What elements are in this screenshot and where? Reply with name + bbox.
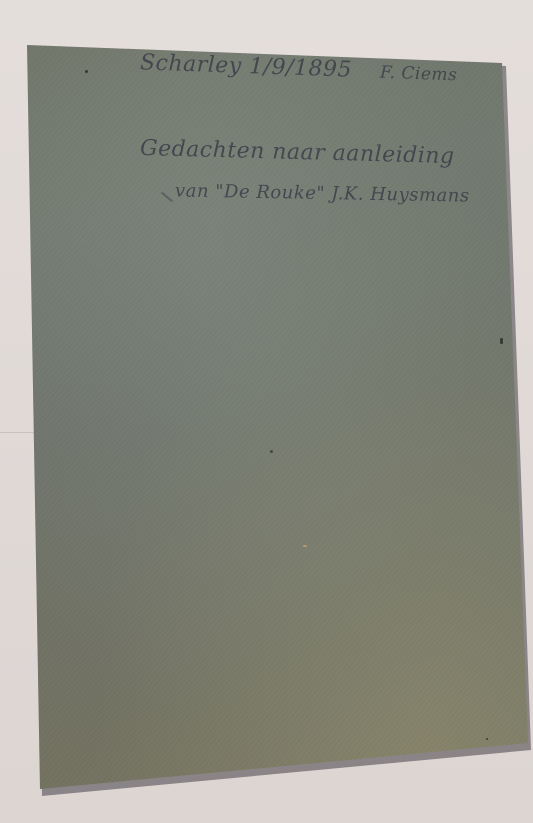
paper-speck <box>85 70 88 73</box>
paper-texture <box>0 0 533 823</box>
paper-speck <box>270 450 273 453</box>
paper-edge-mark <box>500 338 503 344</box>
paper-speck <box>303 545 307 547</box>
paper-speck <box>486 738 488 740</box>
handwritten-author-initials: F. Ciems <box>380 63 458 86</box>
